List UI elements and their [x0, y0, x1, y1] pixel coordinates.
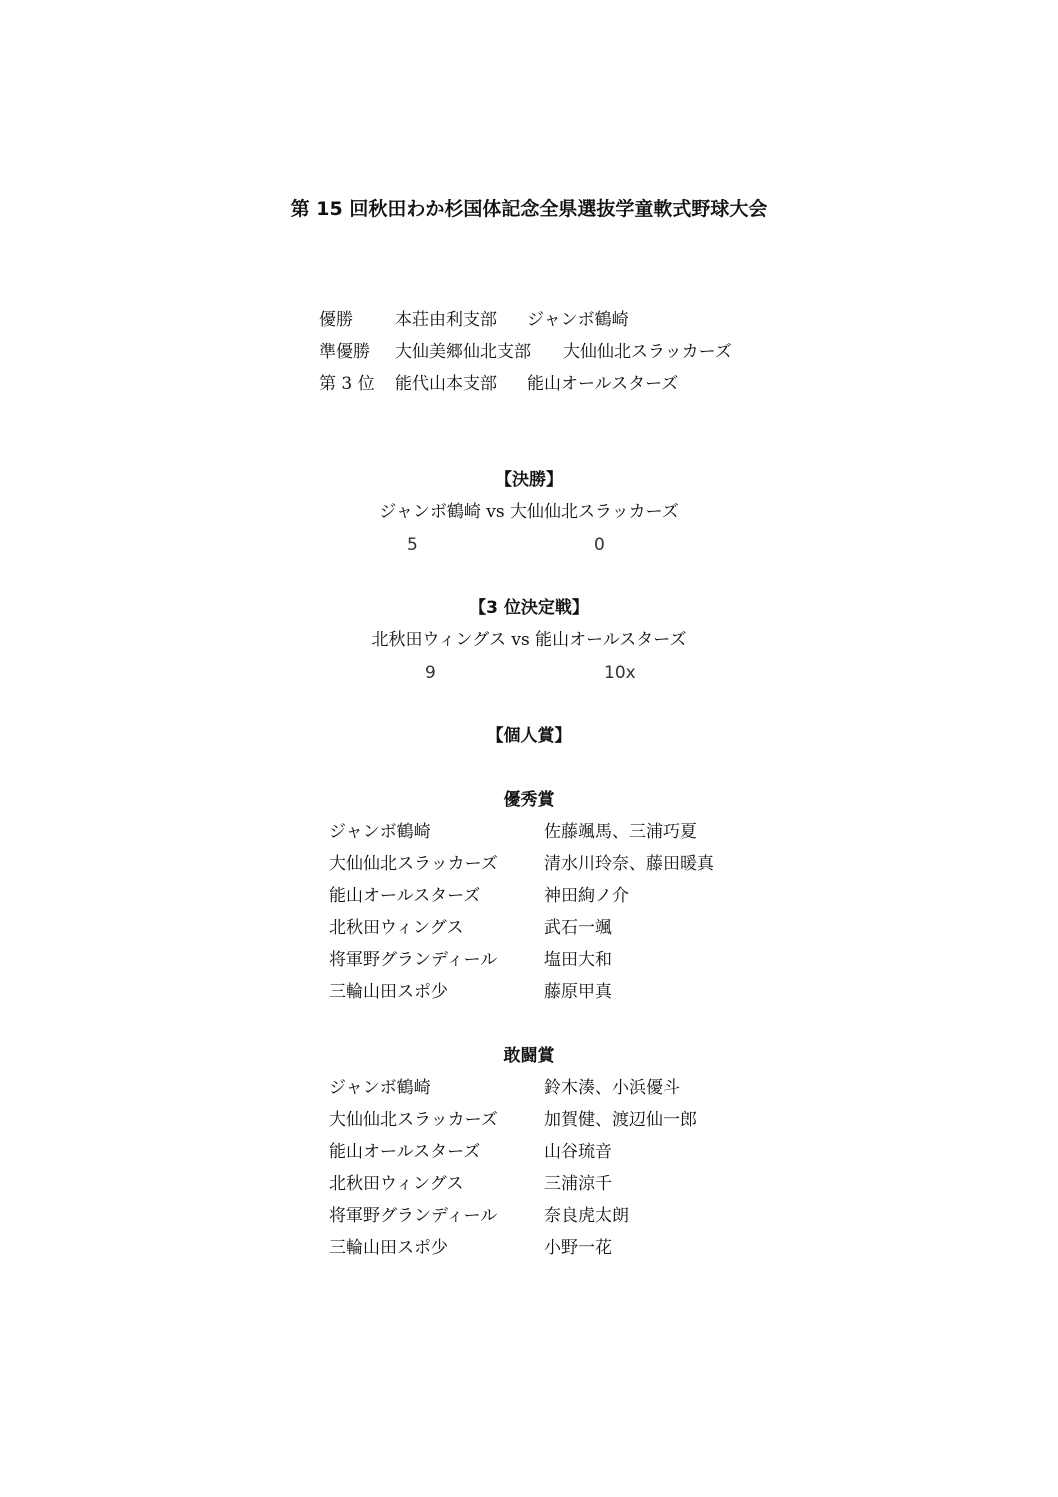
third-place-heading: 【3 位決定戦】: [0, 596, 1058, 620]
award-names: 清水川玲奈、藤田暖真: [544, 852, 714, 876]
standing-branch: 大仙美郷仙北支部: [395, 340, 531, 364]
final-score-a: 5: [407, 533, 418, 557]
final-heading: 【決勝】: [0, 468, 1058, 492]
award-team: 三輪山田スポ少: [329, 1236, 448, 1260]
standing-team: 大仙仙北スラッカーズ: [563, 340, 732, 364]
award-team: 能山オールスターズ: [329, 884, 480, 908]
individual-awards-heading: 【個人賞】: [0, 724, 1058, 748]
award-names: 小野一花: [544, 1236, 612, 1260]
award-team: 大仙仙北スラッカーズ: [329, 1108, 498, 1132]
award-names: 奈良虎太朗: [544, 1204, 629, 1228]
standing-branch: 本荘由利支部: [395, 308, 497, 332]
final-team-a: ジャンボ鶴崎: [379, 502, 481, 522]
document-title: 第 15 回秋田わか杉国体記念全県選抜学童軟式野球大会: [0, 196, 1058, 222]
award-names: 三浦涼千: [544, 1172, 612, 1196]
award-team: ジャンボ鶴崎: [329, 820, 431, 844]
third-place-team-a: 北秋田ウィングス: [372, 630, 506, 650]
standing-rank: 優勝: [319, 308, 353, 332]
award-team: 三輪山田スポ少: [329, 980, 448, 1004]
award-team: 能山オールスターズ: [329, 1140, 480, 1164]
award-names: 鈴木湊、小浜優斗: [544, 1076, 680, 1100]
award-names: 加賀健、渡辺仙一郎: [544, 1108, 697, 1132]
vs-label: vs: [486, 502, 504, 522]
third-place-matchup: 北秋田ウィングス vs 能山オールスターズ: [0, 628, 1058, 652]
third-place-score-a: 9: [425, 661, 436, 685]
award-names: 山谷琉音: [544, 1140, 612, 1164]
standing-rank: 第 3 位: [319, 372, 375, 396]
award-team: 将軍野グランディール: [329, 948, 497, 972]
standing-rank: 準優勝: [319, 340, 370, 364]
award-team: 北秋田ウィングス: [329, 916, 463, 940]
award-names: 塩田大和: [544, 948, 612, 972]
award-team: 大仙仙北スラッカーズ: [329, 852, 498, 876]
award-team: 北秋田ウィングス: [329, 1172, 463, 1196]
excellence-award-heading: 優秀賞: [0, 788, 1058, 812]
standing-team: 能山オールスターズ: [527, 372, 678, 396]
award-team: ジャンボ鶴崎: [329, 1076, 431, 1100]
final-score-b: 0: [594, 533, 605, 557]
fighting-spirit-award-heading: 敢闘賞: [0, 1044, 1058, 1068]
standing-team: ジャンボ鶴崎: [527, 308, 629, 332]
award-names: 佐藤颯馬、三浦巧夏: [544, 820, 697, 844]
third-place-team-b: 能山オールスターズ: [535, 630, 686, 650]
final-matchup: ジャンボ鶴崎 vs 大仙仙北スラッカーズ: [0, 500, 1058, 524]
award-team: 将軍野グランディール: [329, 1204, 497, 1228]
final-team-b: 大仙仙北スラッカーズ: [510, 502, 679, 522]
standing-branch: 能代山本支部: [395, 372, 497, 396]
third-place-score-b: 10x: [604, 661, 636, 685]
award-names: 武石一颯: [544, 916, 612, 940]
award-names: 藤原甲真: [544, 980, 612, 1004]
award-names: 神田絢ノ介: [544, 884, 629, 908]
vs-label: vs: [511, 630, 529, 650]
